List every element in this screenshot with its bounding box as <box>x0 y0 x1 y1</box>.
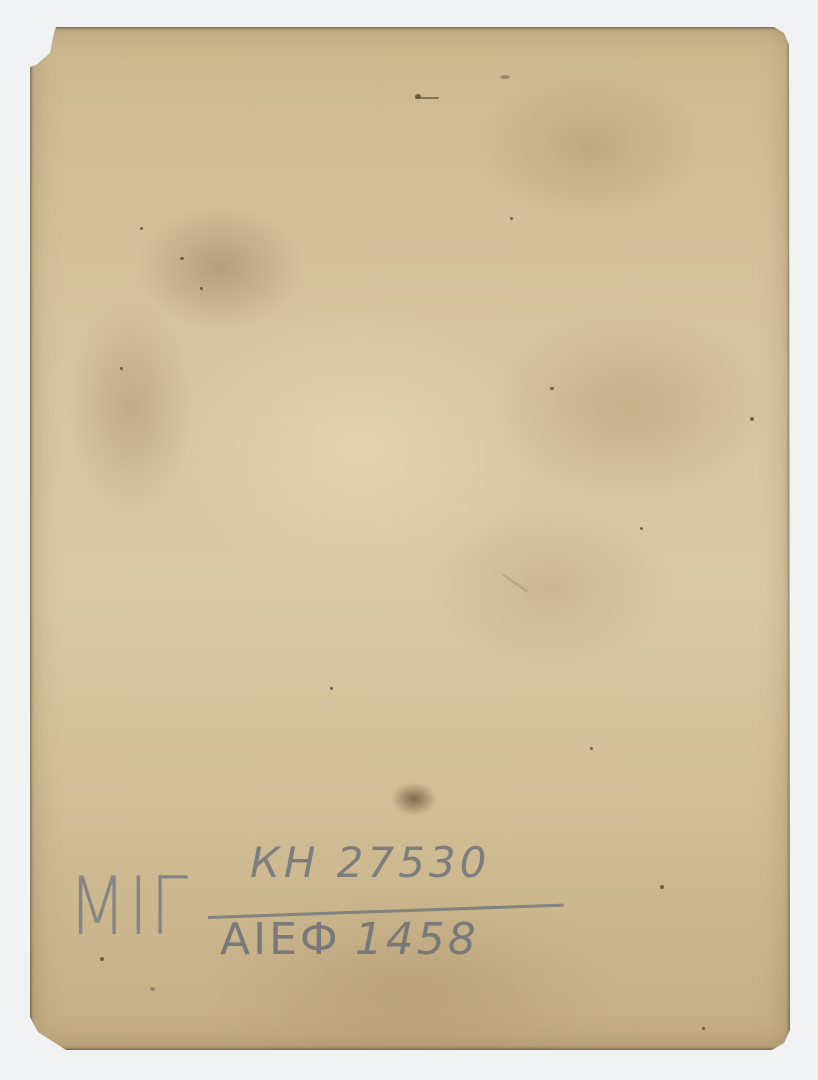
stain-speck <box>640 527 643 530</box>
inscription-denominator-number: 1458 <box>355 914 479 965</box>
stain-speck <box>200 287 203 290</box>
stain-speck <box>500 75 510 79</box>
inscription-denominator: АІЕФ1458 <box>220 914 479 965</box>
stain-speck <box>660 885 664 889</box>
stain-speck <box>120 367 123 370</box>
crease-mark <box>502 574 528 593</box>
stain-speck <box>180 257 184 260</box>
inscription-denominator-prefix: АІЕФ <box>220 914 341 965</box>
stain-speck <box>510 217 513 220</box>
archive-inscription: МІГ КН 27530 АІЕФ1458 <box>40 828 600 998</box>
stain-speck <box>590 747 593 750</box>
scratch-mark <box>415 97 439 99</box>
stain-speck <box>702 1027 705 1030</box>
inscription-left-mark: МІГ <box>68 860 190 953</box>
inscription-numerator: КН 27530 <box>250 838 490 887</box>
stain-speck <box>750 417 754 421</box>
stain-speck <box>550 387 554 390</box>
stain-speck <box>330 687 333 690</box>
stain-speck <box>140 227 143 230</box>
